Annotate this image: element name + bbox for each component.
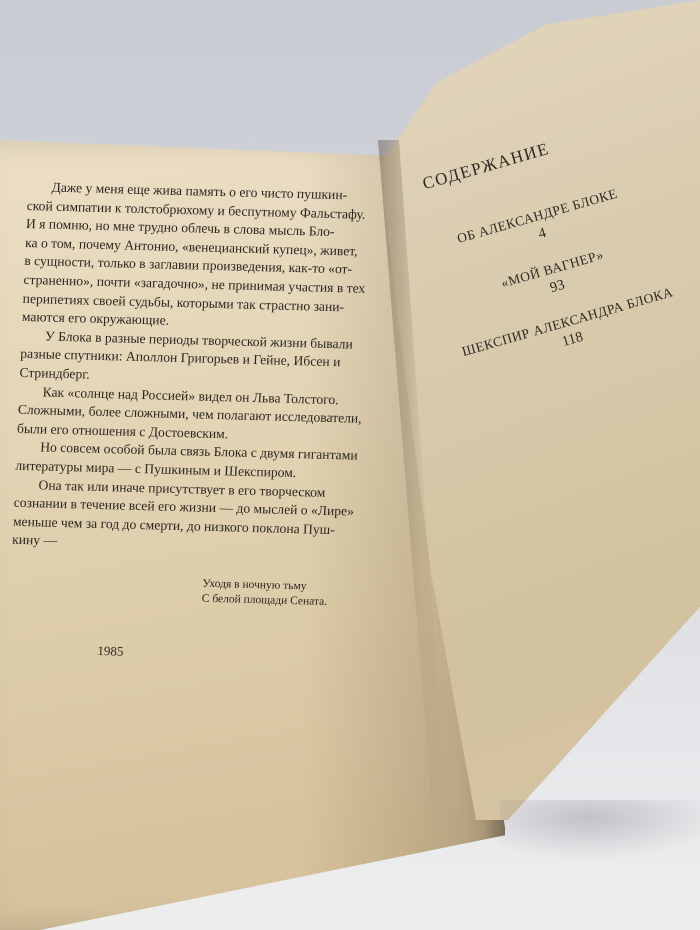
book-photo: Даже у меня еще жива память о его чисто …	[0, 0, 700, 930]
verse-quote: Уходя в ночную тьму С белой площади Сена…	[201, 577, 390, 612]
left-page-text: Даже у меня еще жива память о его чисто …	[7, 178, 408, 668]
paragraph-5: Она так или иначе присутствует в его тво…	[12, 475, 395, 559]
paragraph-3: Как «солнце над Россией» видел он Льва Т…	[17, 382, 399, 448]
paragraph-1: Даже у меня еще жива память о его чисто …	[22, 178, 408, 337]
floor-shadow	[500, 800, 700, 860]
paragraph-2: У Блока в разные периоды творческой жизн…	[19, 327, 401, 393]
